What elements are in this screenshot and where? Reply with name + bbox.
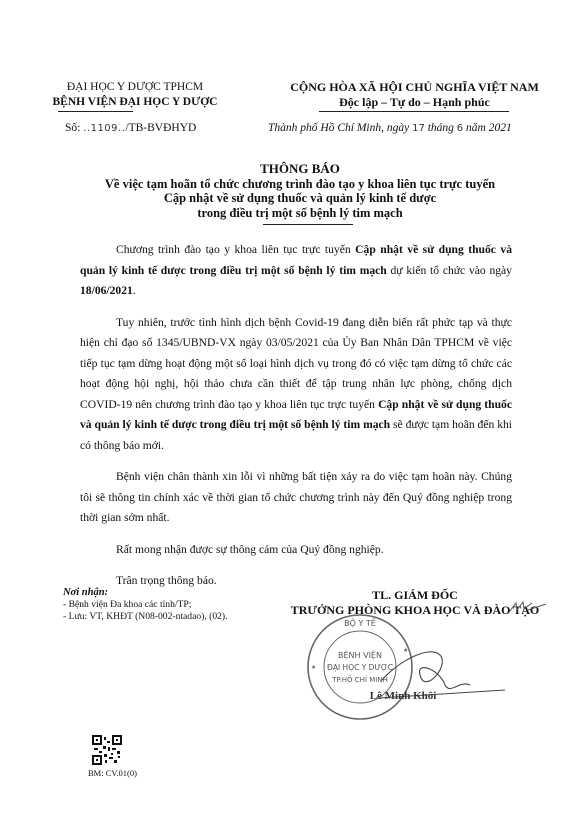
document-date: Thành phố Hồ Chí Minh, ngày 17 tháng 6 n… bbox=[268, 122, 512, 134]
national-header: CỘNG HÒA XÃ HỘI CHỦ NGHĨA VIỆT NAM Độc l… bbox=[262, 80, 567, 110]
paragraph-1: Chương trình đào tạo y khoa liên tục trự… bbox=[80, 240, 512, 302]
title-line-1: Về việc tạm hoãn tổ chức chương trình đà… bbox=[60, 177, 540, 192]
signer-name: Lê Minh Khôi bbox=[338, 690, 468, 702]
svg-text:BỆNH VIỆN: BỆNH VIỆN bbox=[338, 649, 382, 661]
svg-text:★: ★ bbox=[310, 664, 318, 671]
initials-scribble-icon bbox=[508, 600, 548, 614]
document-title: THÔNG BÁO Về việc tạm hoãn tổ chức chươn… bbox=[60, 162, 540, 220]
recipient-item: - Lưu: VT, KHĐT (N08-002-ntadao), (02). bbox=[63, 611, 228, 623]
paragraph-2: Tuy nhiên, trước tình hình dịch bệnh Cov… bbox=[80, 313, 512, 457]
recipients-label: Nơi nhận: bbox=[63, 587, 228, 599]
svg-text:BỘ Y TẾ: BỘ Y TẾ bbox=[344, 617, 377, 628]
recipients: Nơi nhận: - Bệnh viện Đa khoa các tỉnh/T… bbox=[63, 587, 228, 623]
qr-code-icon bbox=[92, 735, 122, 765]
issuing-organization: ĐẠI HỌC Y DƯỢC TPHCM BỆNH VIỆN ĐẠI HỌC Y… bbox=[40, 80, 230, 110]
title-line-2: Cập nhật về sử dụng thuốc và quản lý kin… bbox=[60, 191, 540, 206]
document-body: Chương trình đào tạo y khoa liên tục trự… bbox=[80, 240, 512, 603]
document-number: Số: ..1109../TB-BVĐHYD bbox=[65, 122, 196, 134]
handwritten-day: 17 bbox=[412, 123, 425, 134]
hospital-name: BỆNH VIỆN ĐẠI HỌC Y DƯỢC bbox=[40, 95, 230, 110]
title-underline bbox=[263, 224, 353, 225]
paragraph-4: Rất mong nhận được sự thông cảm của Quý … bbox=[80, 540, 512, 561]
header-left-underline bbox=[58, 111, 133, 112]
national-motto: Độc lập – Tự do – Hạnh phúc bbox=[262, 95, 567, 110]
paragraph-3: Bệnh viện chân thành xin lỗi vì những bấ… bbox=[80, 467, 512, 529]
form-code: BM: CV.01(0) bbox=[88, 768, 137, 778]
handwritten-number: ..1109.. bbox=[83, 123, 125, 134]
university-name: ĐẠI HỌC Y DƯỢC TPHCM bbox=[40, 80, 230, 95]
header-right-underline bbox=[319, 111, 509, 112]
country-name: CỘNG HÒA XÃ HỘI CHỦ NGHĨA VIỆT NAM bbox=[262, 80, 567, 95]
title-heading: THÔNG BÁO bbox=[60, 162, 540, 177]
recipient-item: - Bệnh viện Đa khoa các tỉnh/TP; bbox=[63, 599, 228, 611]
title-line-3: trong điều trị một số bệnh lý tim mạch bbox=[60, 206, 540, 221]
